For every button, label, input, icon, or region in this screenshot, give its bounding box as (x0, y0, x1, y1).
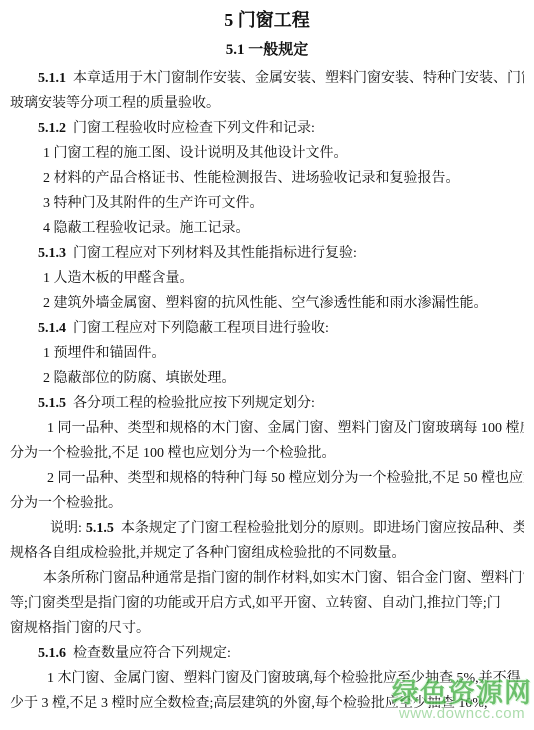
text-line: 1 同一品种、类型和规格的木门窗、金属门窗、塑料门窗及门窗玻璃每 100 樘应划 (10, 416, 524, 441)
text-line: 1 预埋件和锚固件。 (10, 341, 524, 366)
clause-5.1.5: 说明:5.1.5本条规定了门窗工程检验批划分的原则。即进场门窗应按品种、类型、规… (10, 516, 524, 566)
text-line: 5.1.2门窗工程验收时应检查下列文件和记录: (10, 116, 524, 141)
document-body: 5 门窗工程5.1 一般规定5.1.1本章适用于木门窗制作安装、金属安装、塑料门… (10, 5, 524, 716)
clause-5.1.3: 5.1.3门窗工程应对下列材料及其性能指标进行复验: (10, 241, 524, 266)
line-text: 门窗工程应对下列隐蔽工程项目进行验收: (73, 321, 329, 336)
document-page: 5 门窗工程5.1 一般规定5.1.1本章适用于木门窗制作安装、金属安装、塑料门… (0, 0, 534, 730)
text-line: 分为一个检验批。 (10, 491, 524, 516)
item-block: 1 预埋件和锚固件。 (10, 341, 524, 366)
text-line: 玻璃安装等分项工程的质量验收。 (10, 91, 524, 116)
item-block: 1 人造木板的甲醛含量。 (10, 266, 524, 291)
text-line: 等;门窗类型是指门窗的功能或开启方式,如平开窗、立转窗、自动门,推拉门等;门 (10, 591, 524, 616)
item-block: 1 门窗工程的施工图、设计说明及其他设计文件。 (10, 141, 524, 166)
text-line: 4 隐蔽工程验收记录。施工记录。 (10, 216, 524, 241)
para-block: 本条所称门窗品种通常是指门窗的制作材料,如实木门窗、铝合金门窗、塑料门窗等;门窗… (10, 566, 524, 641)
text-line: 少于 3 樘,不足 3 樘时应全数检查;高层建筑的外窗,每个检验批应至少抽查 1… (10, 691, 524, 716)
item-wide-block: 1 同一品种、类型和规格的木门窗、金属门窗、塑料门窗及门窗玻璃每 100 樘应划… (10, 416, 524, 466)
text-line: 5.1.6检查数量应符合下列规定: (10, 641, 524, 666)
text-line: 1 门窗工程的施工图、设计说明及其他设计文件。 (10, 141, 524, 166)
clause-number: 5.1.6 (38, 646, 66, 661)
title-block: 5 门窗工程 (10, 5, 524, 35)
text-line: 本条所称门窗品种通常是指门窗的制作材料,如实木门窗、铝合金门窗、塑料门窗 (10, 566, 524, 591)
text-line: 说明:5.1.5本条规定了门窗工程检验批划分的原则。即进场门窗应按品种、类型、 (10, 516, 524, 541)
item-block: 3 特种门及其附件的生产许可文件。 (10, 191, 524, 216)
page-title: 5 门窗工程 (10, 5, 524, 35)
subtitle-block: 5.1 一般规定 (10, 35, 524, 66)
clause-number: 5.1.1 (38, 71, 66, 86)
text-line: 窗规格指门窗的尺寸。 (10, 616, 524, 641)
text-line: 1 人造木板的甲醛含量。 (10, 266, 524, 291)
text-line: 3 特种门及其附件的生产许可文件。 (10, 191, 524, 216)
text-line: 2 隐蔽部位的防腐、填嵌处理。 (10, 366, 524, 391)
text-line: 5.1.3门窗工程应对下列材料及其性能指标进行复验: (10, 241, 524, 266)
line-text: 各分项工程的检验批应按下列规定划分: (73, 396, 315, 411)
text-line: 1 木门窗、金属门窗、塑料门窗及门窗玻璃,每个检验批应至少抽查 5%,并不得 (10, 666, 524, 691)
clause-number: 5.1.5 (38, 396, 66, 411)
note-prefix: 说明: (50, 521, 82, 536)
clause-5.1.2: 5.1.2门窗工程验收时应检查下列文件和记录: (10, 116, 524, 141)
clause-5.1.6: 5.1.6检查数量应符合下列规定: (10, 641, 524, 666)
item-wide-block: 2 同一品种、类型和规格的特种门每 50 樘应划分为一个检验批,不足 50 樘也… (10, 466, 524, 516)
line-text: 本章适用于木门窗制作安装、金属安装、塑料门窗安装、特种门安装、门窗 (73, 71, 524, 86)
clause-number: 5.1.5 (86, 521, 114, 536)
clause-5.1.1: 5.1.1本章适用于木门窗制作安装、金属安装、塑料门窗安装、特种门安装、门窗玻璃… (10, 66, 524, 116)
line-text: 检查数量应符合下列规定: (73, 646, 231, 661)
text-line: 2 建筑外墙金属窗、塑料窗的抗风性能、空气渗透性能和雨水渗漏性能。 (10, 291, 524, 316)
line-text: 门窗工程应对下列材料及其性能指标进行复验: (73, 246, 357, 261)
item-block: 4 隐蔽工程验收记录。施工记录。 (10, 216, 524, 241)
text-line: 5.1.4门窗工程应对下列隐蔽工程项目进行验收: (10, 316, 524, 341)
line-text: 本条规定了门窗工程检验批划分的原则。即进场门窗应按品种、类型、 (121, 521, 524, 536)
clause-5.1.5: 5.1.5各分项工程的检验批应按下列规定划分: (10, 391, 524, 416)
text-line: 规格各自组成检验批,并规定了各种门窗组成检验批的不同数量。 (10, 541, 524, 566)
text-line: 5.1.5各分项工程的检验批应按下列规定划分: (10, 391, 524, 416)
text-line: 分为一个检验批,不足 100 樘也应划分为一个检验批。 (10, 441, 524, 466)
section-heading: 5.1 一般规定 (10, 35, 524, 66)
clause-5.1.4: 5.1.4门窗工程应对下列隐蔽工程项目进行验收: (10, 316, 524, 341)
clause-number: 5.1.4 (38, 321, 66, 336)
text-line: 2 同一品种、类型和规格的特种门每 50 樘应划分为一个检验批,不足 50 樘也… (10, 466, 524, 491)
item-block: 2 材料的产品合格证书、性能检测报告、进场验收记录和复验报告。 (10, 166, 524, 191)
clause-number: 5.1.3 (38, 246, 66, 261)
text-line: 5.1.1本章适用于木门窗制作安装、金属安装、塑料门窗安装、特种门安装、门窗 (10, 66, 524, 91)
clause-number: 5.1.2 (38, 121, 66, 136)
item-block: 2 建筑外墙金属窗、塑料窗的抗风性能、空气渗透性能和雨水渗漏性能。 (10, 291, 524, 316)
item-block: 2 隐蔽部位的防腐、填嵌处理。 (10, 366, 524, 391)
text-line: 2 材料的产品合格证书、性能检测报告、进场验收记录和复验报告。 (10, 166, 524, 191)
line-text: 门窗工程验收时应检查下列文件和记录: (73, 121, 315, 136)
item-wide-block: 1 木门窗、金属门窗、塑料门窗及门窗玻璃,每个检验批应至少抽查 5%,并不得少于… (10, 666, 524, 716)
